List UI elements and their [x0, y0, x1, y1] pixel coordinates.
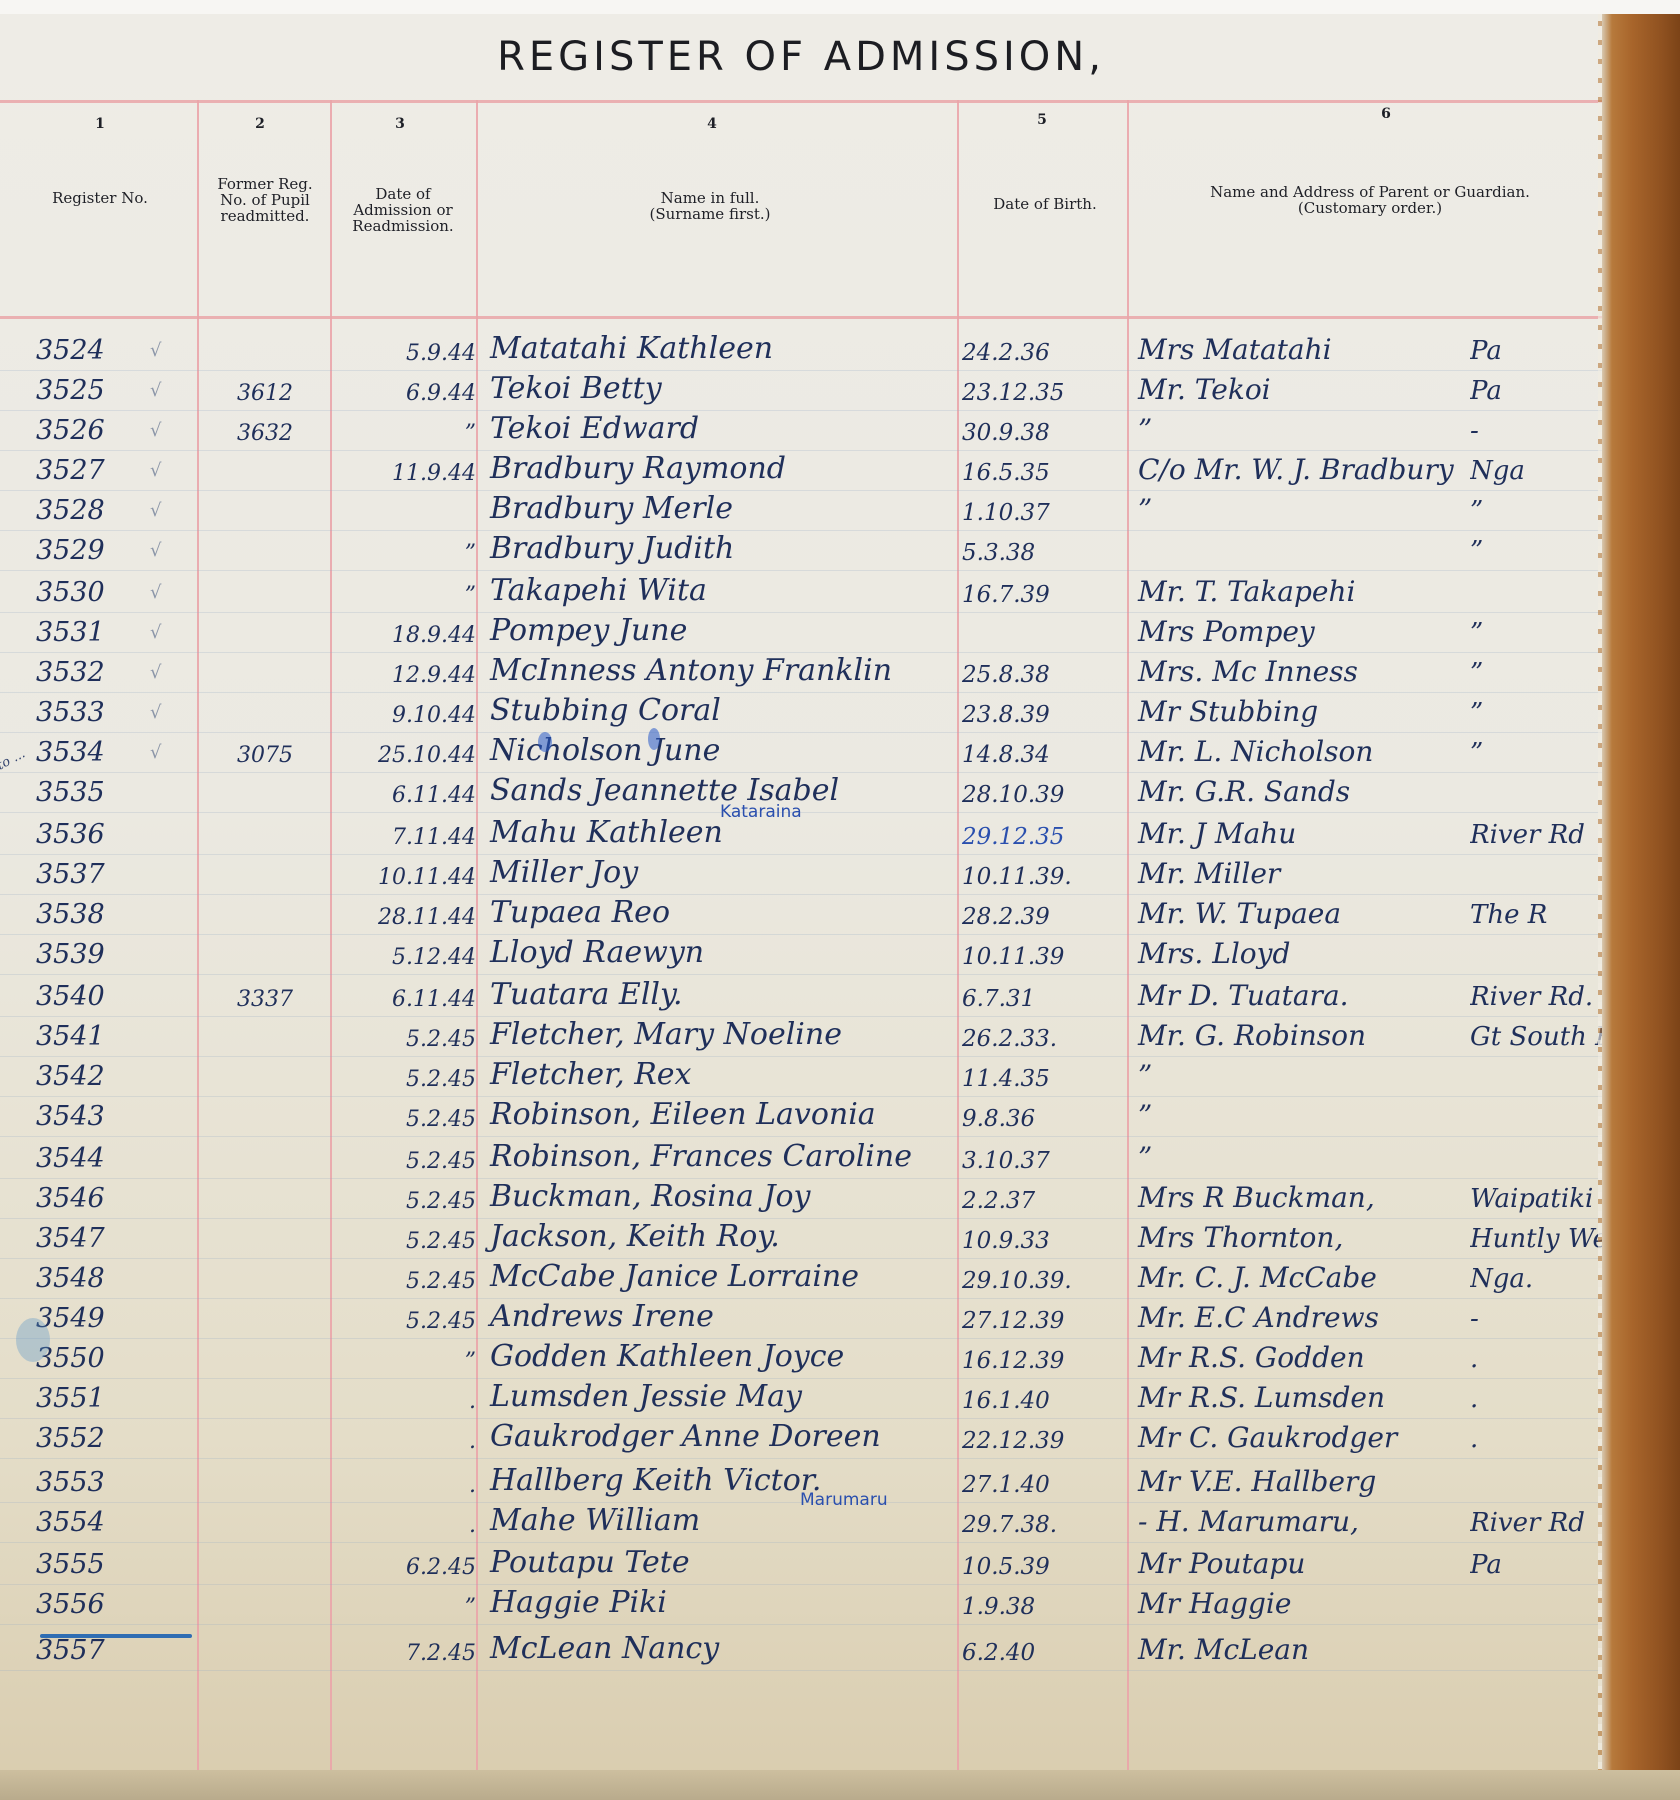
admission-date: 5.2.45: [336, 1229, 476, 1254]
parent-address: River Rd.: [1470, 982, 1602, 1012]
parent-name: Mrs R Buckman,: [1138, 1181, 1468, 1214]
table-row: 354033376.11.44Tuatara Elly.6.7.31Mr D. …: [0, 976, 1602, 1016]
date-of-birth: 9.8.36: [962, 1106, 1127, 1132]
date-of-birth: 24.2.36: [962, 340, 1127, 366]
pupil-name: Gaukrodger Anne Doreen: [490, 1419, 955, 1454]
parent-name: ”: [1138, 1141, 1468, 1174]
table-row: 352536126.9.44Tekoi Betty23.12.35Mr. Tek…: [0, 370, 1602, 410]
pupil-name: Jackson, Keith Roy.: [490, 1219, 955, 1254]
table-row: 35556.2.45Poutapu Tete10.5.39Mr PoutapuP…: [0, 1544, 1602, 1584]
parent-name: Mr. C. J. McCabe: [1138, 1261, 1468, 1294]
page-bottom-edge: [0, 1770, 1680, 1800]
register-number: 3543: [36, 1101, 196, 1132]
register-number: 3538: [36, 899, 196, 930]
table-row: 35339.10.44Stubbing Coral23.8.39Mr Stubb…: [0, 692, 1602, 732]
column-number: 6: [1346, 106, 1426, 122]
admission-date: .: [336, 1473, 476, 1498]
register-number: 3555: [36, 1549, 196, 1580]
admission-date: .: [336, 1389, 476, 1414]
parent-address: The R: [1470, 900, 1602, 930]
register-number: 3532: [36, 657, 196, 688]
pupil-name: Lumsden Jessie May: [490, 1379, 955, 1414]
parent-name: Mr. E.C Andrews: [1138, 1301, 1468, 1334]
parent-name: Mr. W. Tupaea: [1138, 897, 1468, 930]
ruled-line: [0, 1136, 1602, 1137]
parent-address: Nga.: [1470, 1264, 1602, 1294]
page-title: REGISTER OF ADMISSION,: [0, 34, 1602, 80]
pupil-name: Andrews Irene: [490, 1299, 955, 1334]
date-of-birth: 3.10.37: [962, 1148, 1127, 1174]
column-heading-parent: Name and Address of Parent or Guardian. …: [1200, 184, 1540, 216]
admission-date: ”: [336, 1595, 476, 1620]
parent-address: ”: [1470, 536, 1602, 566]
table-row: 35495.2.45Andrews Irene27.12.39Mr. E.C A…: [0, 1298, 1602, 1338]
parent-name: Mr Haggie: [1138, 1587, 1468, 1620]
register-number: 3527: [36, 455, 196, 486]
column-heading-register-no: Register No.: [40, 190, 160, 206]
reg-underline-mark: [40, 1634, 192, 1638]
parent-address: -: [1470, 416, 1602, 446]
date-of-birth: 14.8.34: [962, 742, 1127, 768]
admission-date: 6.9.44: [336, 381, 476, 406]
check-mark-icon: √: [150, 582, 161, 603]
check-mark-icon: √: [150, 420, 161, 441]
pupil-name: McInness Antony Franklin: [490, 653, 955, 688]
column-number: 1: [60, 116, 140, 132]
date-of-birth: 5.3.38: [962, 540, 1127, 566]
pupil-name: Takapehi Wita: [490, 573, 955, 608]
table-row: 3552.Gaukrodger Anne Doreen22.12.39Mr C.…: [0, 1418, 1602, 1458]
parent-name: Mr Poutapu: [1138, 1547, 1468, 1580]
table-row: 353212.9.44McInness Antony Franklin25.8.…: [0, 652, 1602, 692]
table-row: 3534307525.10.44Nicholson June14.8.34Mr.…: [0, 732, 1602, 772]
register-number: 3551: [36, 1383, 196, 1414]
ink-blot: [648, 728, 660, 750]
table-row: 35475.2.45Jackson, Keith Roy.10.9.33Mrs …: [0, 1218, 1602, 1258]
register-number: 3533: [36, 697, 196, 728]
register-number: 3556: [36, 1589, 196, 1620]
parent-name: Mr V.E. Hallberg: [1138, 1465, 1468, 1498]
former-reg-number: 3337: [210, 987, 320, 1012]
date-of-birth: 10.11.39: [962, 944, 1127, 970]
table-row: 35395.12.44Lloyd Raewyn10.11.39Mrs. Lloy…: [0, 934, 1602, 974]
admission-date: 25.10.44: [336, 743, 476, 768]
date-of-birth: 23.12.35: [962, 380, 1127, 406]
column-heading-admission-date: Date of Admission or Readmission.: [338, 186, 468, 234]
pupil-name: Robinson, Eileen Lavonia: [490, 1097, 955, 1132]
date-of-birth: 23.8.39: [962, 702, 1127, 728]
date-of-birth: 25.8.38: [962, 662, 1127, 688]
register-number: 3539: [36, 939, 196, 970]
pupil-name: Tekoi Edward: [490, 411, 955, 446]
pupil-name: McCabe Janice Lorraine: [490, 1259, 955, 1294]
column-heading-name: Name in full. (Surname first.): [640, 190, 780, 222]
register-number: 3549: [36, 1303, 196, 1334]
name-annotation: Marumaru: [800, 1490, 888, 1510]
register-number: 3536: [36, 819, 196, 850]
date-of-birth: 10.5.39: [962, 1554, 1127, 1580]
register-number: 3529: [36, 535, 196, 566]
pupil-name: Fletcher, Rex: [490, 1057, 955, 1092]
ruled-line: [0, 1458, 1602, 1459]
ink-stain: [16, 1318, 50, 1362]
date-of-birth: 28.10.39: [962, 782, 1127, 808]
admission-date: 6.11.44: [336, 987, 476, 1012]
ruled-line: [0, 570, 1602, 571]
column-number: 3: [360, 116, 440, 132]
admission-date: 18.9.44: [336, 623, 476, 648]
date-of-birth: 28.2.39: [962, 904, 1127, 930]
header-rule-top: [0, 100, 1602, 103]
table-row: 353118.9.44Pompey JuneMrs Pompey”√: [0, 612, 1602, 652]
parent-address: River Rd: [1470, 820, 1602, 850]
date-of-birth: 26.2.33.: [962, 1026, 1127, 1052]
register-number: 3524: [36, 335, 196, 366]
table-row: 3528Bradbury Merle1.10.37””√: [0, 490, 1602, 530]
header-rule-bottom: [0, 316, 1602, 319]
register-number: 3547: [36, 1223, 196, 1254]
date-of-birth: 16.12.39: [962, 1348, 1127, 1374]
admission-date: 5.2.45: [336, 1269, 476, 1294]
check-mark-icon: √: [150, 380, 161, 401]
parent-name: ”: [1138, 493, 1468, 526]
check-mark-icon: √: [150, 500, 161, 521]
register-number: 3542: [36, 1061, 196, 1092]
pupil-name: Haggie Piki: [490, 1585, 955, 1620]
date-of-birth: 27.1.40: [962, 1472, 1127, 1498]
register-number: 3550: [36, 1343, 196, 1374]
register-number: 3544: [36, 1143, 196, 1174]
parent-address: ”: [1470, 738, 1602, 768]
parent-name: Mr D. Tuatara.: [1138, 979, 1468, 1012]
book-binding: [1602, 14, 1680, 1800]
parent-name: Mr R.S. Godden: [1138, 1341, 1468, 1374]
admission-date: 5.12.44: [336, 945, 476, 970]
parent-name: Mr. T. Takapehi: [1138, 575, 1468, 608]
register-number: 3526: [36, 415, 196, 446]
admission-date: 5.2.45: [336, 1189, 476, 1214]
name-annotation: Kataraina: [720, 802, 802, 822]
column-heading-former-reg: Former Reg. No. of Pupil readmitted.: [205, 176, 325, 224]
parent-address: Nga: [1470, 456, 1602, 486]
pupil-name: Lloyd Raewyn: [490, 935, 955, 970]
pupil-name: McLean Nancy: [490, 1631, 955, 1666]
parent-address: .: [1470, 1384, 1602, 1414]
table-row: 35465.2.45Buckman, Rosina Joy2.2.37Mrs R…: [0, 1178, 1602, 1218]
pupil-name: Tupaea Reo: [490, 895, 955, 930]
pupil-name: Fletcher, Mary Noeline: [490, 1017, 955, 1052]
date-of-birth: 16.1.40: [962, 1388, 1127, 1414]
table-row: 3530”Takapehi Wita16.7.39Mr. T. Takapehi…: [0, 572, 1602, 612]
pupil-name: Bradbury Raymond: [490, 451, 955, 486]
admission-date: 10.11.44: [336, 865, 476, 890]
check-mark-icon: √: [150, 340, 161, 361]
parent-name: Mr. Miller: [1138, 857, 1468, 890]
table-row: 35445.2.45Robinson, Frances Caroline3.10…: [0, 1138, 1602, 1178]
pupil-name: Bradbury Merle: [490, 491, 955, 526]
parent-address: Pa: [1470, 1550, 1602, 1580]
register-number: 3548: [36, 1263, 196, 1294]
pupil-name: Tuatara Elly.: [490, 977, 955, 1012]
ruled-line: [0, 1542, 1602, 1543]
column-heading-dob: Date of Birth.: [970, 196, 1120, 212]
pupil-name: Bradbury Judith: [490, 531, 955, 566]
parent-name: Mr Stubbing: [1138, 695, 1468, 728]
parent-name: ”: [1138, 413, 1468, 446]
register-number: 3554: [36, 1507, 196, 1538]
column-number: 4: [672, 116, 752, 132]
admission-date: .: [336, 1429, 476, 1454]
register-number: 3557: [36, 1635, 196, 1666]
former-reg-number: 3632: [210, 421, 320, 446]
ruled-line: [0, 1670, 1602, 1671]
register-number: 3530: [36, 577, 196, 608]
admission-date: .: [336, 1513, 476, 1538]
pupil-name: Pompey June: [490, 613, 955, 648]
table-row: 35425.2.45Fletcher, Rex11.4.35”: [0, 1056, 1602, 1096]
date-of-birth: 16.7.39: [962, 582, 1127, 608]
parent-name: Mr. G.R. Sands: [1138, 775, 1468, 808]
table-row: 3554.Mahe William29.7.38.- H. Marumaru,R…: [0, 1502, 1602, 1542]
table-row: 35245.9.44Matatahi Kathleen24.2.36Mrs Ma…: [0, 330, 1602, 370]
admission-date: 6.2.45: [336, 1555, 476, 1580]
parent-name: - H. Marumaru,: [1138, 1505, 1468, 1538]
parent-address: ”: [1470, 698, 1602, 728]
parent-address: Waipatiki: [1470, 1184, 1602, 1214]
admission-date: ”: [336, 1349, 476, 1374]
register-number: 3552: [36, 1423, 196, 1454]
admission-date: 6.11.44: [336, 783, 476, 808]
register-number: 3541: [36, 1021, 196, 1052]
parent-name: Mrs Pompey: [1138, 615, 1468, 648]
parent-address: ”: [1470, 496, 1602, 526]
parent-name: Mrs Thornton,: [1138, 1221, 1468, 1254]
parent-name: Mr. McLean: [1138, 1633, 1468, 1666]
register-number: 3553: [36, 1467, 196, 1498]
parent-address: .: [1470, 1344, 1602, 1374]
pupil-name: Robinson, Frances Caroline: [490, 1139, 955, 1174]
table-row: 35415.2.45Fletcher, Mary Noeline26.2.33.…: [0, 1016, 1602, 1056]
pupil-name: Tekoi Betty: [490, 371, 955, 406]
ink-blot: [538, 732, 552, 752]
register-number: 3531: [36, 617, 196, 648]
table-row: 353828.11.44Tupaea Reo28.2.39Mr. W. Tupa…: [0, 894, 1602, 934]
parent-address: Pa: [1470, 336, 1602, 366]
check-mark-icon: √: [150, 460, 161, 481]
table-row: 3551.Lumsden Jessie May16.1.40Mr R.S. Lu…: [0, 1378, 1602, 1418]
date-of-birth: 1.10.37: [962, 500, 1127, 526]
check-mark-icon: √: [150, 662, 161, 683]
admission-date: ”: [336, 541, 476, 566]
column-number: 2: [220, 116, 300, 132]
table-row: 352711.9.44Bradbury Raymond16.5.35C/o Mr…: [0, 450, 1602, 490]
admission-date: 7.2.45: [336, 1641, 476, 1666]
table-row: 3556”Haggie Piki1.9.38Mr Haggie: [0, 1584, 1602, 1624]
check-mark-icon: √: [150, 540, 161, 561]
parent-name: Mr. G. Robinson: [1138, 1019, 1468, 1052]
table-row: 35263632”Tekoi Edward30.9.38”-√: [0, 410, 1602, 450]
parent-name: ”: [1138, 1099, 1468, 1132]
date-of-birth: 22.12.39: [962, 1428, 1127, 1454]
admission-date: 11.9.44: [336, 461, 476, 486]
pupil-name: Buckman, Rosina Joy: [490, 1179, 955, 1214]
register-number: 3546: [36, 1183, 196, 1214]
table-row: 35577.2.45McLean Nancy6.2.40Mr. McLean: [0, 1630, 1602, 1670]
date-of-birth: 30.9.38: [962, 420, 1127, 446]
date-of-birth: 1.9.38: [962, 1594, 1127, 1620]
admission-date: 5.2.45: [336, 1149, 476, 1174]
date-of-birth: 27.12.39: [962, 1308, 1127, 1334]
ruled-line: [0, 1624, 1602, 1625]
parent-name: Mr. Tekoi: [1138, 373, 1468, 406]
admission-date: 5.2.45: [336, 1309, 476, 1334]
parent-name: Mr. L. Nicholson: [1138, 735, 1468, 768]
date-of-birth: 10.9.33: [962, 1228, 1127, 1254]
check-mark-icon: √: [150, 742, 161, 763]
parent-name: C/o Mr. W. J. Bradbury: [1138, 453, 1468, 486]
pupil-name: Matatahi Kathleen: [490, 331, 955, 366]
table-row: 35367.11.44Mahu Kathleen29.12.35Mr. J Ma…: [0, 814, 1602, 854]
date-of-birth: 29.10.39.: [962, 1268, 1127, 1294]
former-reg-number: 3075: [210, 743, 320, 768]
admission-date: 5.9.44: [336, 341, 476, 366]
admission-date: 28.11.44: [336, 905, 476, 930]
ruled-line: [0, 974, 1602, 975]
former-reg-number: 3612: [210, 381, 320, 406]
register-number: 3528: [36, 495, 196, 526]
date-of-birth: 11.4.35: [962, 1066, 1127, 1092]
column-number: 5: [1002, 112, 1082, 128]
date-of-birth: 16.5.35: [962, 460, 1127, 486]
page-top-edge: [0, 0, 1680, 14]
parent-address: ”: [1470, 658, 1602, 688]
date-of-birth: 29.12.35: [962, 824, 1127, 850]
parent-name: Mr R.S. Lumsden: [1138, 1381, 1468, 1414]
parent-address: -: [1470, 1304, 1602, 1334]
register-page: REGISTER OF ADMISSION, 1 2 3 4 5 6 Regis…: [0, 0, 1680, 1800]
table-row: 35435.2.45Robinson, Eileen Lavonia9.8.36…: [0, 1096, 1602, 1136]
table-row: 3529”Bradbury Judith5.3.38”√: [0, 530, 1602, 570]
pupil-name: Miller Joy: [490, 855, 955, 890]
admission-date: 7.11.44: [336, 825, 476, 850]
parent-name: Mr C. Gaukrodger: [1138, 1421, 1468, 1454]
date-of-birth: 6.2.40: [962, 1640, 1127, 1666]
register-number: 3525: [36, 375, 196, 406]
parent-name: Mrs Matatahi: [1138, 333, 1468, 366]
date-of-birth: 2.2.37: [962, 1188, 1127, 1214]
check-mark-icon: √: [150, 622, 161, 643]
pupil-name: Nicholson June: [490, 733, 955, 768]
check-mark-icon: √: [150, 702, 161, 723]
table-row: 353710.11.44Miller Joy10.11.39.Mr. Mille…: [0, 854, 1602, 894]
parent-address: ”: [1470, 618, 1602, 648]
admission-date: ”: [336, 583, 476, 608]
parent-name: ”: [1138, 1059, 1468, 1092]
admission-date: 5.2.45: [336, 1027, 476, 1052]
parent-address: .: [1470, 1424, 1602, 1454]
parent-address: Gt South Rd: [1470, 1022, 1602, 1052]
pupil-name: Poutapu Tete: [490, 1545, 955, 1580]
admission-date: 5.2.45: [336, 1067, 476, 1092]
register-number: 3540: [36, 981, 196, 1012]
date-of-birth: 6.7.31: [962, 986, 1127, 1012]
table-row: 3550”Godden Kathleen Joyce16.12.39Mr R.S…: [0, 1338, 1602, 1378]
parent-address: Huntly West Rd: [1470, 1224, 1602, 1254]
parent-name: Mrs. Lloyd: [1138, 937, 1468, 970]
parent-name: Mr. J Mahu: [1138, 817, 1468, 850]
register-number: 3537: [36, 859, 196, 890]
admission-date: 5.2.45: [336, 1107, 476, 1132]
pupil-name: Godden Kathleen Joyce: [490, 1339, 955, 1374]
admission-date: 9.10.44: [336, 703, 476, 728]
parent-address: Pa: [1470, 376, 1602, 406]
table-row: 35485.2.45McCabe Janice Lorraine29.10.39…: [0, 1258, 1602, 1298]
pupil-name: Stubbing Coral: [490, 693, 955, 728]
date-of-birth: 29.7.38.: [962, 1512, 1127, 1538]
parent-address: River Rd: [1470, 1508, 1602, 1538]
date-of-birth: 10.11.39.: [962, 864, 1127, 890]
admission-date: 12.9.44: [336, 663, 476, 688]
parent-name: Mrs. Mc Inness: [1138, 655, 1468, 688]
admission-date: ”: [336, 421, 476, 446]
